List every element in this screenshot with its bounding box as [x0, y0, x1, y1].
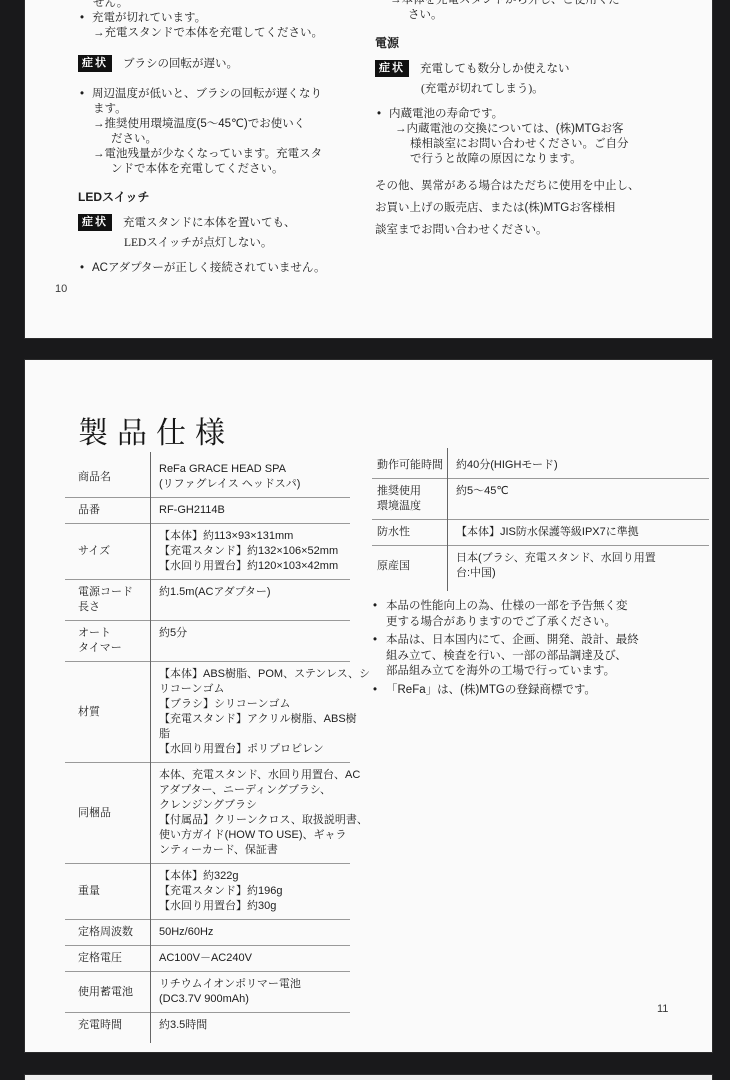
- spec-value: ReFa GRACE HEAD SPA(リファグレイス ヘッドスパ): [150, 462, 350, 492]
- text-line: 周辺温度が低いと、ブラシの回転が遅くなり: [78, 87, 378, 102]
- section-heading: 電源: [375, 36, 705, 51]
- text-line: →電池残量が少なくなっています。充電スタ: [78, 147, 378, 162]
- spec-value: 日本(ブラシ、充電スタンド、水回り用置台:中国): [447, 551, 709, 581]
- text-line: 内蔵電池の寿命です。: [375, 107, 705, 122]
- spec-label: 定格電圧: [65, 951, 150, 966]
- spec-table-right: 動作可能時間約40分(HIGHモード)推奨使用環境温度約5～45℃防水性【本体】…: [372, 453, 709, 586]
- spec-row: 使用蓄電池リチウムイオンポリマー電池(DC3.7V 900mAh): [65, 972, 350, 1013]
- spec-row: 定格周波数50Hz/60Hz: [65, 920, 350, 946]
- spec-label: 充電時間: [65, 1018, 150, 1033]
- page-number-10: 10: [55, 283, 67, 295]
- text-line: LEDスイッチが点灯しない。: [78, 233, 378, 253]
- spec-value: AC100V－AC240V: [150, 951, 350, 966]
- text-line: 症状充電しても数分しか使えない: [375, 59, 705, 79]
- spec-value: 約40分(HIGHモード): [447, 458, 709, 473]
- spec-value: 約5～45℃: [447, 484, 709, 514]
- spec-label: 推奨使用環境温度: [372, 484, 447, 514]
- spec-value: 【本体】約113×93×131mm【充電スタンド】約132×106×52mm【水…: [150, 529, 350, 574]
- spec-table-left: 商品名ReFa GRACE HEAD SPA(リファグレイス ヘッドスパ)品番R…: [65, 457, 350, 1038]
- symptom-badge: 症状: [375, 60, 409, 77]
- page11-right-block: 動作可能時間約40分(HIGHモード)推奨使用環境温度約5～45℃防水性【本体】…: [372, 453, 709, 701]
- spec-label: 重量: [65, 869, 150, 914]
- spec-row: 原産国日本(ブラシ、充電スタンド、水回り用置台:中国): [372, 546, 709, 586]
- spec-value: 本体、充電スタンド、水回り用置台、ACアダプター、ニーディングブラシ、クレンジン…: [150, 768, 368, 858]
- page-number-11: 11: [657, 1003, 668, 1015]
- spec-row: 商品名ReFa GRACE HEAD SPA(リファグレイス ヘッドスパ): [65, 457, 350, 498]
- spec-label: 原産国: [372, 551, 447, 581]
- page10-left-column: せん。充電が切れています。→充電スタンドで本体を充電してください。症状ブラシの回…: [78, 0, 378, 276]
- text-line: で行うと故障の原因になります。: [375, 152, 705, 167]
- text-line: お買い上げの販売店、または(株)MTGお客様相: [375, 197, 705, 219]
- spec-value: 約3.5時間: [150, 1018, 350, 1033]
- spec-value: 約5分: [150, 626, 350, 656]
- spec-label: 同梱品: [65, 768, 150, 858]
- spec-label: 定格周波数: [65, 925, 150, 940]
- spec-row: 防水性【本体】JIS防水保護等級IPX7に準拠: [372, 520, 709, 546]
- text-line: ます。: [78, 102, 378, 117]
- spec-label: オートタイマー: [65, 626, 150, 656]
- text-line: →充電スタンドで本体を充電してください。: [78, 26, 378, 41]
- spec-value: リチウムイオンポリマー電池(DC3.7V 900mAh): [150, 977, 350, 1007]
- text-line: その他、異常がある場合はただちに使用を中止し、: [375, 175, 705, 197]
- spec-row: オートタイマー約5分: [65, 621, 350, 662]
- spec-row: 品番RF-GH2114B: [65, 498, 350, 524]
- text-line: 様相談室にお問い合わせください。ご自分: [375, 137, 705, 152]
- text-line: ACアダプターが正しく接続されていません。: [78, 261, 378, 276]
- symptom-badge: 症状: [78, 214, 112, 231]
- note-item: 「ReFa」は、(株)MTGの登録商標です。: [372, 683, 709, 699]
- spec-row: 動作可能時間約40分(HIGHモード): [372, 453, 709, 479]
- page10-right-column: →本体を充電スタンドから外し、ご使用ください。電源症状充電しても数分しか使えない…: [375, 0, 705, 241]
- spec-row: 重量【本体】約322g【充電スタンド】約196g【水回り用置台】約30g: [65, 864, 350, 920]
- text-line: →本体を充電スタンドから外し、ご使用くだ: [375, 0, 705, 8]
- spec-row: 充電時間約3.5時間: [65, 1013, 350, 1038]
- spec-row: 材質【本体】ABS樹脂、POM、ステンレス、シリコーンゴム【ブラシ】シリコーンゴ…: [65, 662, 350, 763]
- text-line: →推奨使用環境温度(5～45℃)でお使いく: [78, 117, 378, 132]
- spec-value: RF-GH2114B: [150, 503, 350, 518]
- spec-label: 動作可能時間: [372, 458, 447, 473]
- text-line: 充電が切れています。: [78, 11, 378, 26]
- spec-value: 【本体】ABS樹脂、POM、ステンレス、シリコーンゴム【ブラシ】シリコーンゴム【…: [150, 667, 370, 757]
- spec-value: 【本体】約322g【充電スタンド】約196g【水回り用置台】約30g: [150, 869, 350, 914]
- spec-label: 電源コード長さ: [65, 585, 150, 615]
- text-line: →内蔵電池の交換については、(株)MTGお客: [375, 122, 705, 137]
- spec-label: 商品名: [65, 462, 150, 492]
- spec-row: サイズ【本体】約113×93×131mm【充電スタンド】約132×106×52m…: [65, 524, 350, 580]
- spec-label: 品番: [65, 503, 150, 518]
- spec-value: 【本体】JIS防水保護等級IPX7に準拠: [447, 525, 709, 540]
- symptom-text: 充電スタンドに本体を置いても、: [123, 213, 296, 233]
- notes-list: 本品の性能向上の為、仕様の一部を予告無く変更する場合がありますのでご了承ください…: [372, 599, 709, 698]
- spec-row: 電源コード長さ約1.5m(ACアダプター): [65, 580, 350, 621]
- section-heading: LEDスイッチ: [78, 190, 378, 205]
- spec-row: 推奨使用環境温度約5～45℃: [372, 479, 709, 520]
- spec-label: 材質: [65, 667, 150, 757]
- spec-value: 約1.5m(ACアダプター): [150, 585, 350, 615]
- text-line: (充電が切れてしまう)。: [375, 79, 705, 99]
- text-line: 談室までお問い合わせください。: [375, 219, 705, 241]
- symptom-badge: 症状: [78, 55, 112, 72]
- spec-label: 使用蓄電池: [65, 977, 150, 1007]
- next-page-edge: [25, 1075, 712, 1080]
- spec-label: サイズ: [65, 529, 150, 574]
- text-line: さい。: [375, 8, 705, 23]
- text-line: せん。: [78, 0, 378, 11]
- symptom-text: 充電しても数分しか使えない: [420, 59, 570, 79]
- viewer-canvas: { "colors":{ "canvas_bg":"#19191b","page…: [0, 0, 730, 1080]
- text-line: 症状充電スタンドに本体を置いても、: [78, 213, 378, 233]
- spec-value: 50Hz/60Hz: [150, 925, 350, 940]
- text-line: ンドで本体を充電してください。: [78, 162, 378, 177]
- text-line: ださい。: [78, 132, 378, 147]
- page-11: 製品仕様 商品名ReFa GRACE HEAD SPA(リファグレイス ヘッドス…: [25, 360, 712, 1052]
- spec-row: 定格電圧AC100V－AC240V: [65, 946, 350, 972]
- text-line: 症状ブラシの回転が遅い。: [78, 54, 378, 74]
- note-item: 本品の性能向上の為、仕様の一部を予告無く変更する場合がありますのでご了承ください…: [372, 599, 709, 630]
- spec-row: 同梱品本体、充電スタンド、水回り用置台、ACアダプター、ニーディングブラシ、クレ…: [65, 763, 350, 864]
- spec-label: 防水性: [372, 525, 447, 540]
- page-10: せん。充電が切れています。→充電スタンドで本体を充電してください。症状ブラシの回…: [25, 0, 712, 338]
- symptom-text: ブラシの回転が遅い。: [123, 54, 238, 74]
- note-item: 本品は、日本国内にて、企画、開発、設計、最終組み立て、検査を行い、一部の部品調達…: [372, 633, 709, 680]
- page-title: 製品仕様: [78, 408, 234, 452]
